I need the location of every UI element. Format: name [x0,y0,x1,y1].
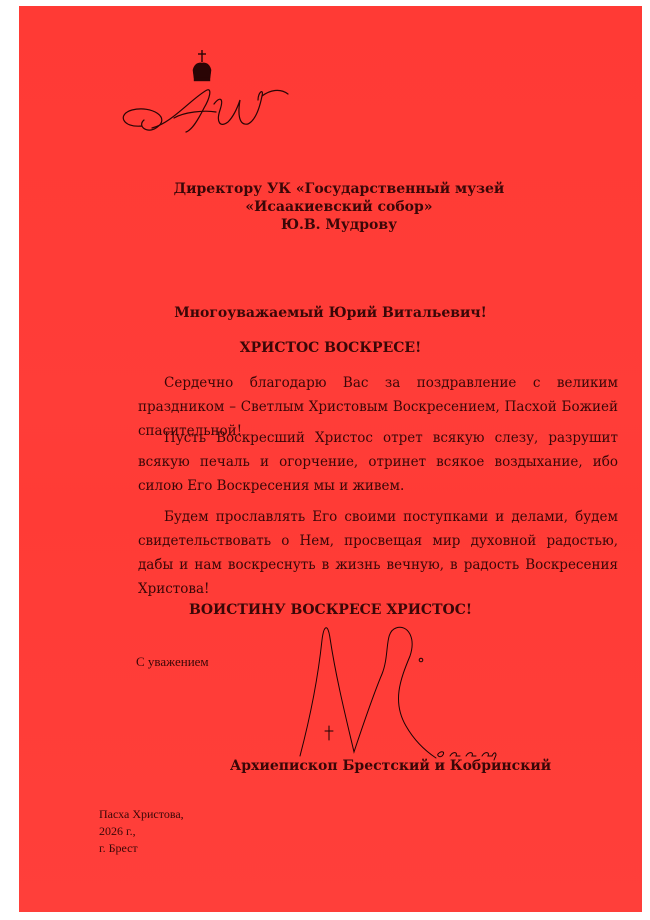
monogram-logo-icon [112,48,292,140]
paragraph-text: Пусть Воскресший Христос отрет всякую сл… [138,426,618,498]
footer-line-2: 2026 г., [99,823,184,840]
easter-response: ВОИСТИНУ ВОСКРЕСЕ ХРИСТОС! [19,602,642,618]
addressee-line-3: Ю.В. Мудрову [159,216,519,234]
body-paragraph-2: Пусть Воскресший Христос отрет всякую сл… [138,426,618,498]
easter-exclamation: ХРИСТОС ВОСКРЕСЕ! [19,340,642,356]
addressee-line-2: «Исаакиевский собор» [159,198,519,216]
signer-title: Архиепископ Брестский и Кобринский [19,758,642,774]
greeting: Многоуважаемый Юрий Витальевич! [19,305,642,321]
closing-text: С уважением [136,654,209,670]
crown-cross-icon [193,50,211,81]
footer-line-1: Пасха Христова, [99,806,184,823]
signature-icon [296,618,526,768]
letter-page: Директору УК «Государственный музей «Иса… [19,6,642,912]
footer-line-3: г. Брест [99,840,184,857]
paragraph-text: Будем прославлять Его своими поступками … [138,505,618,601]
body-paragraph-3: Будем прославлять Его своими поступками … [138,505,618,601]
letter-footer: Пасха Христова, 2026 г., г. Брест [99,806,184,857]
addressee-line-1: Директору УК «Государственный музей [159,180,519,198]
addressee-block: Директору УК «Государственный музей «Иса… [159,180,519,234]
